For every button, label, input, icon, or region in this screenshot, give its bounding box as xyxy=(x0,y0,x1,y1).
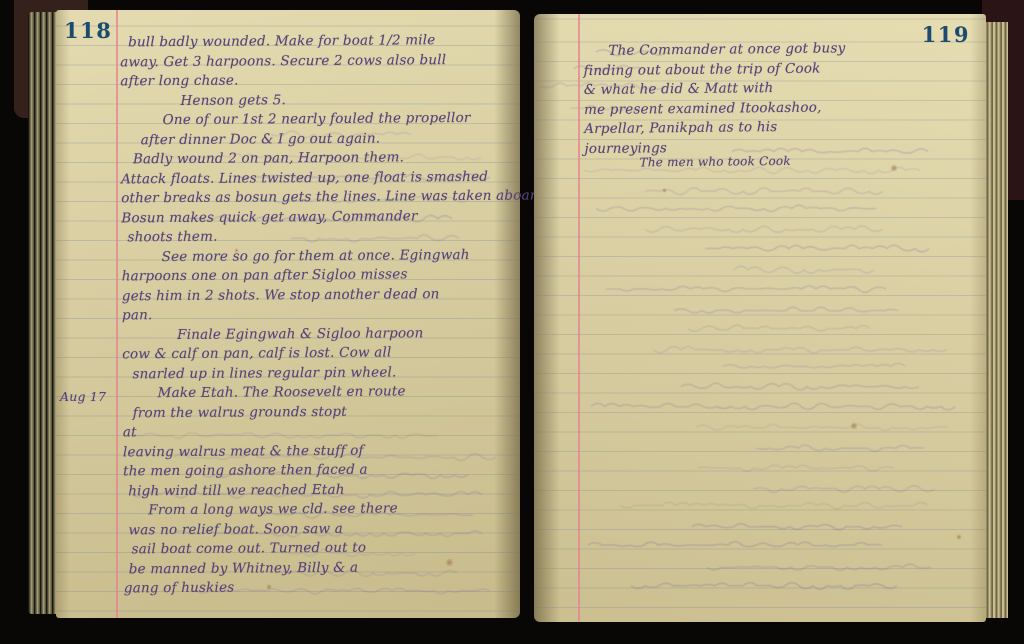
ink-bleed-squiggle xyxy=(548,142,972,614)
margin-rule-line xyxy=(578,14,580,622)
handwriting-left-page: bull badly wounded. Make for boat 1/2 mi… xyxy=(120,31,520,599)
ink-bleed-through xyxy=(548,142,972,614)
margin-date-note: Aug 17 xyxy=(60,387,106,407)
left-page: 118 Aug 17 bull badly wounded. Make for … xyxy=(56,10,520,618)
handwriting-line: The men who took Cook xyxy=(584,150,976,174)
journal-photograph: 118 Aug 17 bull badly wounded. Make for … xyxy=(0,0,1024,644)
handwriting-line: other breaks as bosun gets the lines. Li… xyxy=(121,187,517,209)
ink-stain xyxy=(956,534,962,540)
handwriting-line: See more so go for them at once. Egingwa… xyxy=(122,245,518,267)
page-edges-left xyxy=(28,12,58,614)
handwriting-line: gang of huskies xyxy=(124,577,520,599)
page-number-left: 118 xyxy=(64,18,112,43)
margin-rule-line xyxy=(116,10,118,618)
right-page: 119 The Commander at once got busyfindin… xyxy=(534,14,986,622)
handwriting-line: One of our 1st 2 nearly fouled the prope… xyxy=(121,109,517,131)
ink-stain xyxy=(662,188,667,193)
ink-stain xyxy=(850,422,858,430)
page-edges-right xyxy=(984,22,1008,618)
handwriting-right-page: The Commander at once got busyfinding ou… xyxy=(583,38,976,174)
